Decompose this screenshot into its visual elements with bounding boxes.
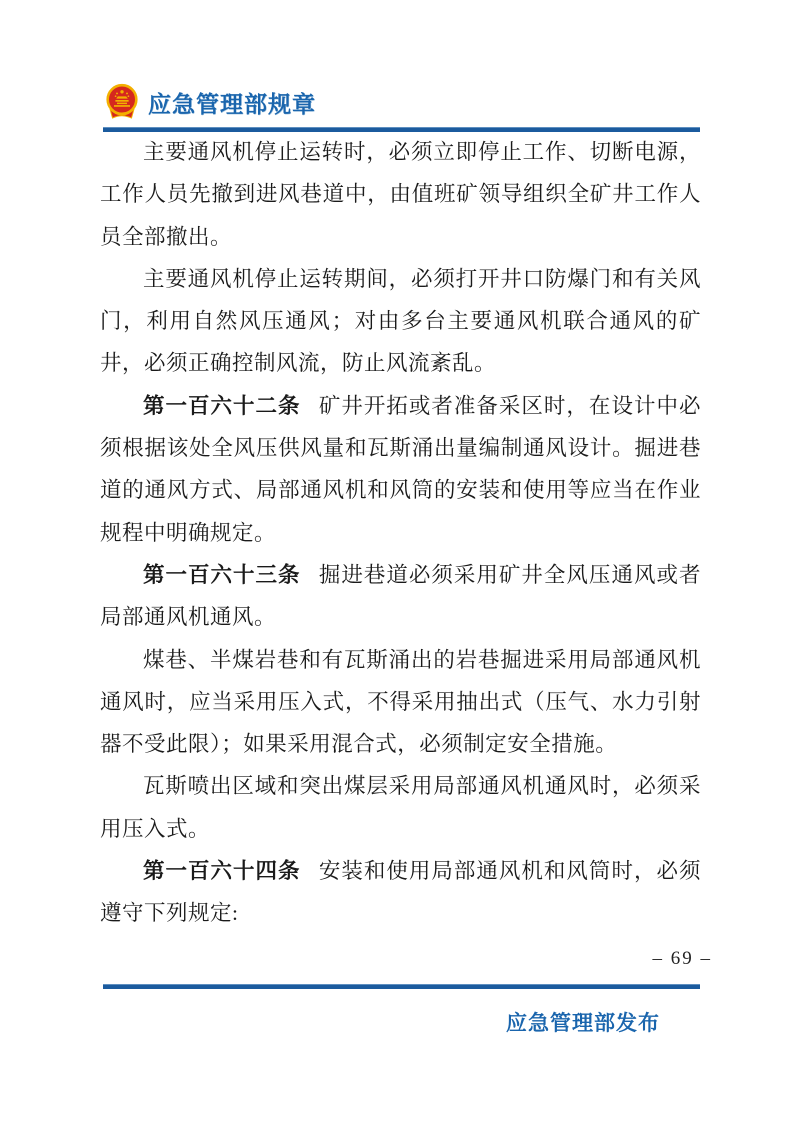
footer-publisher: 应急管理部发布 — [506, 1007, 660, 1037]
paragraph: 瓦斯喷出区域和突出煤层采用局部通风机通风时，必须采用压入式。 — [100, 765, 701, 850]
paragraph: 第一百六十二条矿井开拓或者准备采区时，在设计中必须根据该处全风压供风量和瓦斯涌出… — [100, 385, 701, 554]
document-body: 主要通风机停止运转时，必须立即停止工作、切断电源，工作人员先撤到进风巷道中，由值… — [100, 131, 701, 935]
document-page: 应急管理部规章 主要通风机停止运转时，必须立即停止工作、切断电源，工作人员先撤到… — [0, 0, 793, 1122]
article-number: 第一百六十三条 — [143, 563, 301, 587]
paragraph: 主要通风机停止运转时，必须立即停止工作、切断电源，工作人员先撤到进风巷道中，由值… — [100, 131, 701, 258]
article-number: 第一百六十四条 — [143, 859, 301, 883]
paragraph: 主要通风机停止运转期间，必须打开井口防爆门和有关风门，利用自然风压通风；对由多台… — [100, 258, 701, 385]
footer-divider — [103, 984, 700, 989]
article-number: 第一百六十二条 — [143, 394, 301, 418]
paragraph: 煤巷、半煤岩巷和有瓦斯涌出的岩巷掘进采用局部通风机通风时，应当采用压入式，不得采… — [100, 639, 701, 766]
page-number: – 69 – — [653, 948, 713, 970]
paragraph: 第一百六十三条掘进巷道必须采用矿井全风压通风或者局部通风机通风。 — [100, 554, 701, 639]
header-title: 应急管理部规章 — [148, 86, 316, 119]
paragraph-text: 煤巷、半煤岩巷和有瓦斯涌出的岩巷掘进采用局部通风机通风时，应当采用压入式，不得采… — [100, 648, 701, 757]
paragraph-text: 主要通风机停止运转期间，必须打开井口防爆门和有关风门，利用自然风压通风；对由多台… — [100, 267, 701, 376]
paragraph: 第一百六十四条安装和使用局部通风机和风筒时，必须遵守下列规定: — [100, 850, 701, 935]
paragraph-text: 主要通风机停止运转时，必须立即停止工作、切断电源，工作人员先撤到进风巷道中，由值… — [100, 140, 701, 249]
paragraph-text: 瓦斯喷出区域和突出煤层采用局部通风机通风时，必须采用压入式。 — [100, 774, 701, 840]
national-emblem-icon — [103, 82, 141, 122]
page-header: 应急管理部规章 — [103, 82, 316, 122]
